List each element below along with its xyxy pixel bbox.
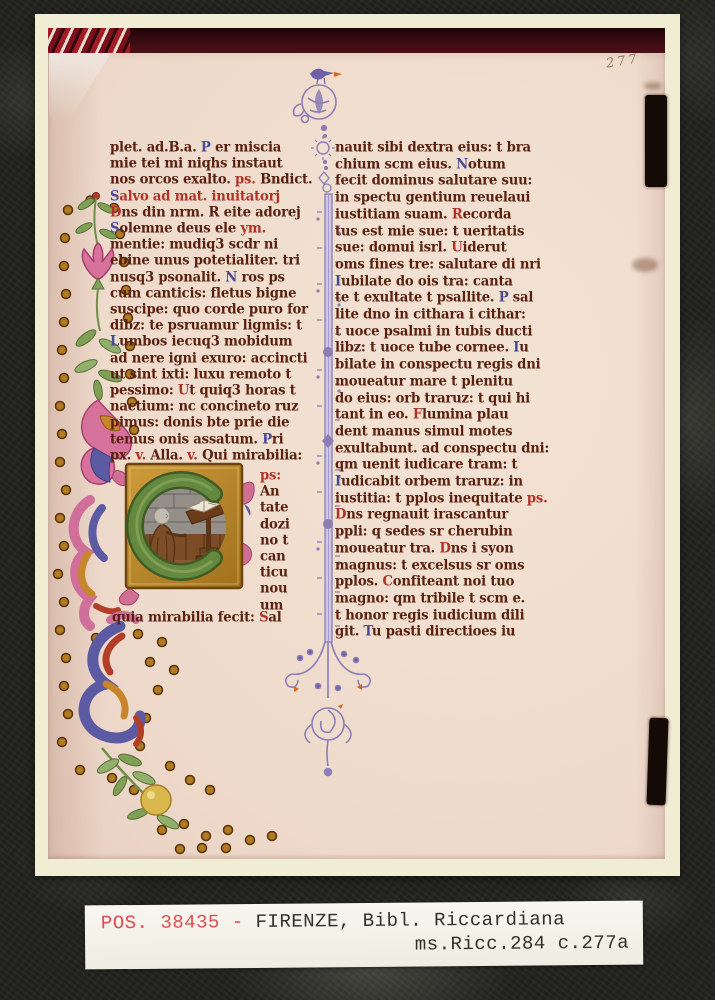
manuscript-text-line: pimus: donis bte prie die (110, 415, 336, 432)
caption-line-1: POS. 38435 - FIRENZE, Bibl. Riccardiana (85, 901, 643, 935)
manuscript-text-line: sue: domui isrl. Uiderut (335, 240, 575, 257)
manuscript-text-line: bilate in conspectu regis dni (335, 357, 575, 374)
manuscript-text-line: ticu (260, 565, 330, 582)
manuscript-text-line: ebine unus potetialiter. tri (110, 253, 336, 270)
folio-number: 277 (605, 51, 641, 71)
manuscript-text-line: moueatur mare t plenitu (335, 374, 575, 391)
manuscript-text-line: nou (260, 581, 330, 598)
page-corner-glint (49, 53, 111, 131)
manuscript-text-line: pplos. Confiteant noi tuo (335, 574, 575, 591)
manuscript-text-line: ps: (260, 468, 330, 485)
manuscript-text-line: chium scm eius. Notum (335, 157, 575, 174)
manuscript-text-line: An (260, 484, 330, 501)
manuscript-text-line: Salvo ad mat. inuitatorj (110, 189, 336, 206)
manuscript-text-line: nauit sibi dextra eius: t bra (335, 140, 575, 157)
manuscript-text-line: Solemne deus ele ym. (110, 221, 336, 238)
manuscript-text-line: cum canticis: fletus bigne (110, 286, 336, 303)
manuscript-text-line: magno: qm tribile t scm e. (335, 591, 575, 608)
manuscript-text-line: quia mirabilia fecit: Sal (112, 610, 338, 627)
manuscript-text-line: can (260, 549, 330, 566)
manuscript-text-line: libz: t uoce tube cornee. Iu (335, 340, 575, 357)
manuscript-text-line: do eius: orb traruz: t qui hi (335, 391, 575, 408)
manuscript-text-line: git. Tu pasti directioes iu (335, 624, 575, 641)
manuscript-text-line: tate (260, 500, 330, 517)
text-line-below-initial: quia mirabilia fecit: Sal (112, 610, 338, 626)
manuscript-text-line: moueatur tra. Dns i syon (335, 541, 575, 558)
top-roundel (294, 85, 336, 123)
manuscript-text-line: fecit dominus salutare suu: (335, 173, 575, 190)
bird-finial (310, 69, 342, 84)
manuscript-text-line: mie tei mi niqhs instaut (110, 156, 336, 173)
manuscript-text-line: tant in eo. Flumina plau (335, 407, 575, 424)
manuscript-text-line: ut sint ixti: luxu remoto t (110, 367, 336, 384)
carnation-flower (82, 243, 113, 331)
manuscript-text-line: no t (260, 533, 330, 550)
caption-line-2: ms.Ricc.284 c.277a (85, 930, 643, 959)
manuscript-page: 277 (48, 28, 665, 859)
manuscript-text-line: lite dno in cithara i cithar: (335, 307, 575, 324)
pendant-flourish (286, 642, 371, 776)
manuscript-text-line: pessimo: Ut quiq3 horas t (110, 383, 336, 400)
manuscript-text-line: nusq3 psonalit. N ros ps (110, 270, 336, 287)
manuscript-text-line: tus est mie sue: t ueritatis (335, 224, 575, 241)
manuscript-text-line: oms fines tre: salutare di nri (335, 257, 575, 274)
manuscript-text-line: Dns regnauit irascantur (335, 507, 575, 524)
endband-pattern (48, 28, 130, 53)
text-column-beside-initial: ps:Antatedozino tcanticunouum (260, 468, 330, 614)
manuscript-text-line: px. v. Alla. v. Qui mirabilia: (110, 448, 336, 465)
manuscript-text-line: t uoce psalmi in tubis ducti (335, 324, 575, 341)
album-page: { "caption": { "pos_label": "POS. 38435 … (0, 0, 715, 1000)
manuscript-text-line: dibz: te psruamur ligmis: t (110, 318, 336, 335)
manuscript-text-line: t honor regis iudicium dili (335, 608, 575, 625)
manuscript-text-line: temus onis assatum. Pri (110, 432, 336, 449)
manuscript-text-line: magnus: t excelsus sr oms (335, 558, 575, 575)
ink-smudge (644, 82, 662, 90)
manuscript-text-line: in spectu gentium reuelaui (335, 190, 575, 207)
mounting-tab-bottom (646, 718, 668, 806)
manuscript-text-line: qm uenit iudicare tram: t (335, 457, 575, 474)
text-column-left: plet. ad.B.a. P er misciamie tei mi niqh… (110, 140, 336, 464)
illuminated-initial (110, 460, 258, 606)
manuscript-text-line: suscipe: quo corde puro for (110, 302, 336, 319)
manuscript-text-line: dozi (260, 517, 330, 534)
mounting-tab-top (645, 95, 667, 187)
manuscript-text-line: dent manus simul motes (335, 424, 575, 441)
manuscript-text-line: nactium: nc concineto ruz (110, 399, 336, 416)
caption-pos-number: POS. 38435 - (101, 911, 244, 934)
text-column-right: nauit sibi dextra eius: t brachium scm e… (335, 140, 575, 641)
manuscript-text-line: Dns din nrm. R eite adorej (110, 205, 336, 222)
manuscript-text-line: iustitia: t pplos inequitate ps. (335, 491, 575, 508)
manuscript-text-line: ppli: q sedes sr cherubin (335, 524, 575, 541)
manuscript-text-line: te t exultate t psallite. P sal (335, 290, 575, 307)
binding-edge (48, 28, 665, 53)
manuscript-text-line: Iubilate do ois tra: canta (335, 274, 575, 291)
manuscript-text-line: nos orcos exalto. ps. Bndict. (110, 172, 336, 189)
caption-label: POS. 38435 - FIRENZE, Bibl. Riccardiana … (85, 901, 644, 970)
manuscript-text-line: ad nere igni exuro: accincti (110, 351, 336, 368)
ink-smudge (632, 258, 658, 272)
manuscript-text-line: iustitiam suam. Recorda (335, 207, 575, 224)
manuscript-text-line: plet. ad.B.a. P er miscia (110, 140, 336, 157)
manuscript-text-line: Iudicabit orbem traruz: in (335, 474, 575, 491)
caption-shelfmark: ms.Ricc.284 c.277a (415, 932, 629, 956)
photograph-print: 277 (35, 14, 680, 876)
caption-location: FIRENZE, Bibl. Riccardiana (256, 908, 566, 933)
manuscript-text-line: mentie: mudiq3 scdr ni (110, 237, 336, 254)
manuscript-text-line: Lumbos iecuq3 mobidum (110, 334, 336, 351)
manuscript-text-line: exultabunt. ad conspectu dni: (335, 441, 575, 458)
